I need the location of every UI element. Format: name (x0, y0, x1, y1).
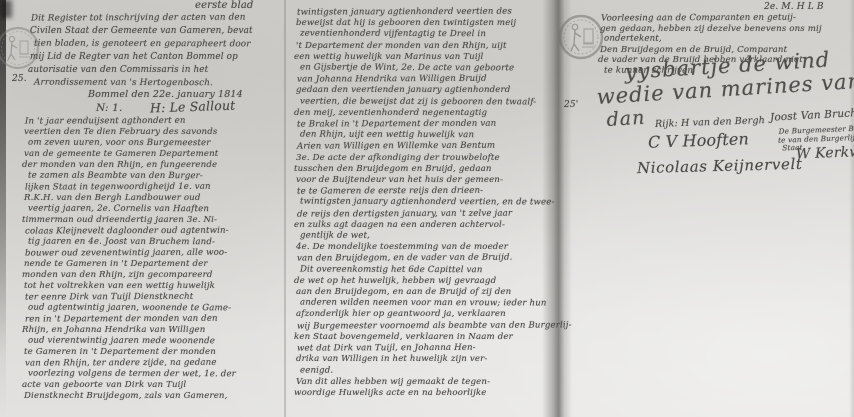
handwritten-line: de reijs den dertigsten january, van 't … (297, 208, 565, 220)
handwritten-line: timmerman oud drieendertig jaaren 3e. Ni… (22, 215, 280, 226)
handwritten-line: Civilen Staat der Gemeente van Gameren, … (30, 25, 282, 38)
handwritten-line: en zulks agt daagen na een anderen achte… (294, 220, 562, 231)
handwritten-line: om zeven uuren, voor ons Burgemeester (28, 138, 286, 150)
handwritten-line: oud vierentwintig jaaren mede woonende (28, 336, 286, 348)
signature-burgemeester: W Kerkwijk (796, 144, 854, 163)
handwritten-line: bouwer oud zevenentwintig jaaren, alle w… (25, 247, 283, 259)
handwritten-line: drika van Willigen in het huwelijk zijn … (296, 354, 564, 365)
register-scan: eerste blad 25. Dit Register tot inschri… (0, 0, 854, 417)
handwritten-line: van Johanna Hendrika van Willigen Bruijd (297, 74, 565, 86)
handwritten-line: gentlijk de wet, (300, 231, 568, 243)
middle-page-act-text: twintigsten january agtienhonderd veerti… (296, 7, 564, 399)
handwritten-line: voor de Buijtendeur van het huis der gem… (296, 175, 564, 186)
handwritten-line: van de gemeente te Gameren Departement (24, 149, 282, 160)
handwritten-line: Dit overeenkomstig het 6de Capittel van (300, 264, 568, 276)
handwritten-line: twintigsten january agtienhonderd veerti… (300, 197, 568, 209)
handwritten-line: Rhijn, en Johanna Hendrika van Willigen (22, 325, 280, 336)
handwritten-line: wij Burgemeester voornoemd als beambte v… (297, 320, 565, 332)
handwritten-line: twintigsten january agtienhonderd veerti… (297, 6, 565, 18)
right-page-margin-note: 25' (564, 100, 578, 110)
handwritten-line: tien bladen, is genoteert en geparapheer… (34, 38, 286, 52)
handwritten-line: Voorleesing aan de Comparanten en getuij… (601, 12, 853, 24)
handwritten-line: zeventienhonderd vijfentagtig te Dreel i… (300, 29, 568, 41)
handwritten-line: woordige Huwelijks acte en na behoorlijk… (294, 388, 562, 399)
handwritten-line: van den Bruijdegom, en de vader van de B… (297, 253, 565, 265)
right-page-corner-note: 2e. M. H L B (764, 2, 824, 12)
handwritten-line: tusschen den Bruijdegom en Bruijd, gedaa… (294, 164, 562, 175)
handwritten-line: Van dit alles hebben wij gemaakt de tege… (296, 377, 564, 388)
signature-kleijnevelt: Nicolaas Keijnervelt (637, 155, 803, 177)
handwritten-line: veertien, die beweijst dat zij is geboor… (300, 96, 568, 108)
handwritten-line: ondertekent, (604, 34, 854, 45)
act-number: N: 1. (96, 102, 122, 114)
handwritten-line: 't Departement der monden van den Rhijn,… (296, 41, 564, 52)
handwritten-line: 3e. De acte der afkondiging der trouwbel… (296, 153, 564, 164)
handwritten-line: ken Staat bovengemeld, verklaaren in Naa… (294, 332, 562, 343)
handwritten-line: afzonderlijk hier op geantwoord ja, verk… (296, 309, 564, 320)
handwritten-line: aan den Bruijdegom, en aan de Bruijd of … (296, 287, 564, 298)
handwritten-line: tot het voltrekken van een wettig huweli… (24, 281, 282, 292)
handwritten-line: acte van geboorte van Dirk van Tuijl (22, 380, 280, 391)
left-page-certification-text: Dit Register tot inschrijving der acten … (30, 12, 282, 90)
handwritten-line: gedaan den veertienden january agtienhon… (296, 85, 564, 96)
handwritten-line: lijken Staat in tegenwoordigheijd 1e. va… (25, 181, 283, 193)
handwritten-line: anderen wilden neemen voor man en vrouw;… (300, 298, 568, 310)
left-page-act-text: In 't jaar eenduijsent agthondert enveer… (24, 116, 282, 402)
handwritten-line: In 't jaar eenduijsent agthondert en (25, 115, 283, 127)
handwritten-line: R.K.H. van den Bergh Landbouwer oud (24, 193, 282, 204)
handwritten-line: veertien den Te dien February des savond… (24, 127, 282, 138)
handwritten-line: eenigd. (300, 365, 568, 377)
handwritten-line: Dit Register tot inschrijving der acten … (31, 11, 283, 25)
left-page-top-note: eerste blad (195, 0, 253, 11)
handwritten-line: ren in 't Departement der monden van den (25, 313, 283, 325)
signature-van-hooften: C V Hooften (648, 129, 750, 152)
handwritten-line: nende te Gameren in 't Departement der (24, 259, 282, 270)
handwritten-line: autorisatie van den Commissaris in het (28, 64, 280, 77)
handwritten-line: Dienstknecht Bruijdegom, zals van Gamere… (24, 391, 282, 402)
handwritten-line: te Gameren in 't Departement der monden (24, 347, 282, 358)
handwritten-line: de wet op het huwelijk, hebben wij gevra… (294, 276, 562, 287)
handwritten-line: mij Lid de Regter van het Canton Bommel … (30, 51, 282, 64)
handwritten-line: veertig jaaren, 2e. Cornelis van Haaften (28, 204, 286, 216)
handwritten-line: den meij, zeventienhonderd negenentagtig (294, 108, 562, 119)
handwritten-line: voorlezing volgens de termen der wet, 1e… (28, 369, 286, 381)
registrar-signature: H: Le Sallout (150, 98, 236, 116)
handwritten-line: gen gedaan, hebben zij dezelve benevens … (600, 24, 852, 35)
left-page-margin-note: 25. (12, 74, 27, 84)
handwritten-line: een wettig huwelijk van Marinus van Tuij… (294, 52, 562, 63)
handwritten-line: Arien van Willigen en Willemke van Bentu… (297, 141, 565, 153)
handwritten-line: monden van den Rhijn, zijn gecompareerd (22, 270, 280, 281)
handwritten-line: wet dat Dirk van Tuijl, en Johanna Hen- (297, 343, 565, 355)
handwritten-line: der monden van den Rhijn, en fungeerende (22, 160, 280, 171)
